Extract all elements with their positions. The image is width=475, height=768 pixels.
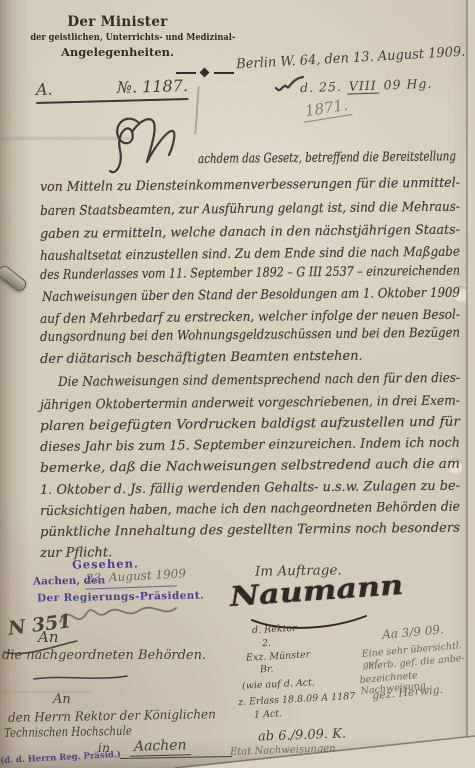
body-line: dieses Jahr bis zum 15. September einzur… [40,436,460,455]
body-line: jährigen Oktobertermin anderweit vorgesc… [40,394,460,413]
registry-day: d. 25. [300,79,342,95]
letterhead-line3: Angelegenheiten. [61,45,174,59]
letterhead-line1: Der Minister [67,14,167,30]
body-line: Die Nachweisungen sind dementsprechend n… [58,371,460,390]
address-line1: den Herrn Rektor der Königlichen [8,706,216,725]
note-line: (wie auf d. Act, [242,677,315,692]
address-city: Aachen [130,737,191,757]
body-line: der diätarisch beschäftigten Beamten ent… [40,349,363,367]
reference-letter: A. [36,80,53,99]
ornate-initial-N [106,110,192,182]
note-line: d. Rektor [252,623,297,636]
address-an: An [53,692,71,707]
address-line2: Technischen Hochschule [4,723,132,740]
registry-initials: 09 Hg. [383,76,432,93]
letterhead-line2: der geistlichen, Unterrichts- und Medizi… [30,32,235,43]
dateline-text: Berlin W. 64, den 13. August 1909. [236,44,466,73]
note-line: 1 Act. [254,708,283,720]
body-line: des Runderlasses vom 11. September 1892 … [40,264,460,283]
body-line: dungsordnung bei den Wohnungsgeldzuschüs… [40,326,460,345]
signature-regierungspraesident [56,596,182,632]
scanned-letter-page: Der Minister der geistlichen, Unterricht… [0,0,475,768]
file-reference: A. №. 1187. [36,76,189,104]
stray-pencil-stroke [194,86,199,134]
pencil-number: 1871. [301,95,352,122]
body-line: rücksichtigen haben, mache ich den nachg… [40,500,460,519]
registry-month: VIII [347,78,379,95]
metal-fastener [0,264,29,294]
an-label: An [38,628,59,646]
paper-crease [0,690,90,694]
note-line: Exz. Münster [246,649,311,663]
body-line: von Mitteln zu Diensteinkommenverbesseru… [40,176,460,195]
body-line: gaben zu ermitteln, welche danach in den… [40,223,460,242]
note-line: Br. [260,664,274,676]
body-line: 1. Oktober d. Js. fällig werdenden Gehal… [40,479,460,498]
note-line: 2. [262,638,272,649]
reference-number: №. 1187. [117,76,189,97]
body-line: pünktliche Innehaltung des gestellten Te… [40,521,460,540]
recipients-line: die nachgeordneten Behörden. [2,648,206,663]
registry-received-mark: d. 25. VIII 09 Hg. [300,76,433,96]
body-line: haushaltsetat einzustellen sind. Zu dem … [40,245,460,264]
note-line: z. Erlass 18.8.09 A 1187 [238,691,356,708]
recipients-underline [33,673,129,683]
place-date-line: Berlin W. 64, den 13. August 1909. [236,44,467,73]
letterhead: Der Minister der geistlichen, Unterricht… [15,14,220,59]
body-line: auf den Mehrbedarf zu erstrecken, welche… [40,308,460,327]
note-line: Aa 3/9 09. [382,622,445,641]
body-line: plaren beigefügten Vordrucken baldigst a… [40,415,460,434]
body-line: baren Staatsbeamten, zur Ausführung gela… [40,200,460,219]
body-line: Nachweisungen über den Stand der Besoldu… [42,286,460,305]
body-line: bemerke, daß die Nachweisungen selbstred… [40,457,460,476]
body-line: achdem das Gesetz, betreffend die Bereit… [198,149,456,167]
